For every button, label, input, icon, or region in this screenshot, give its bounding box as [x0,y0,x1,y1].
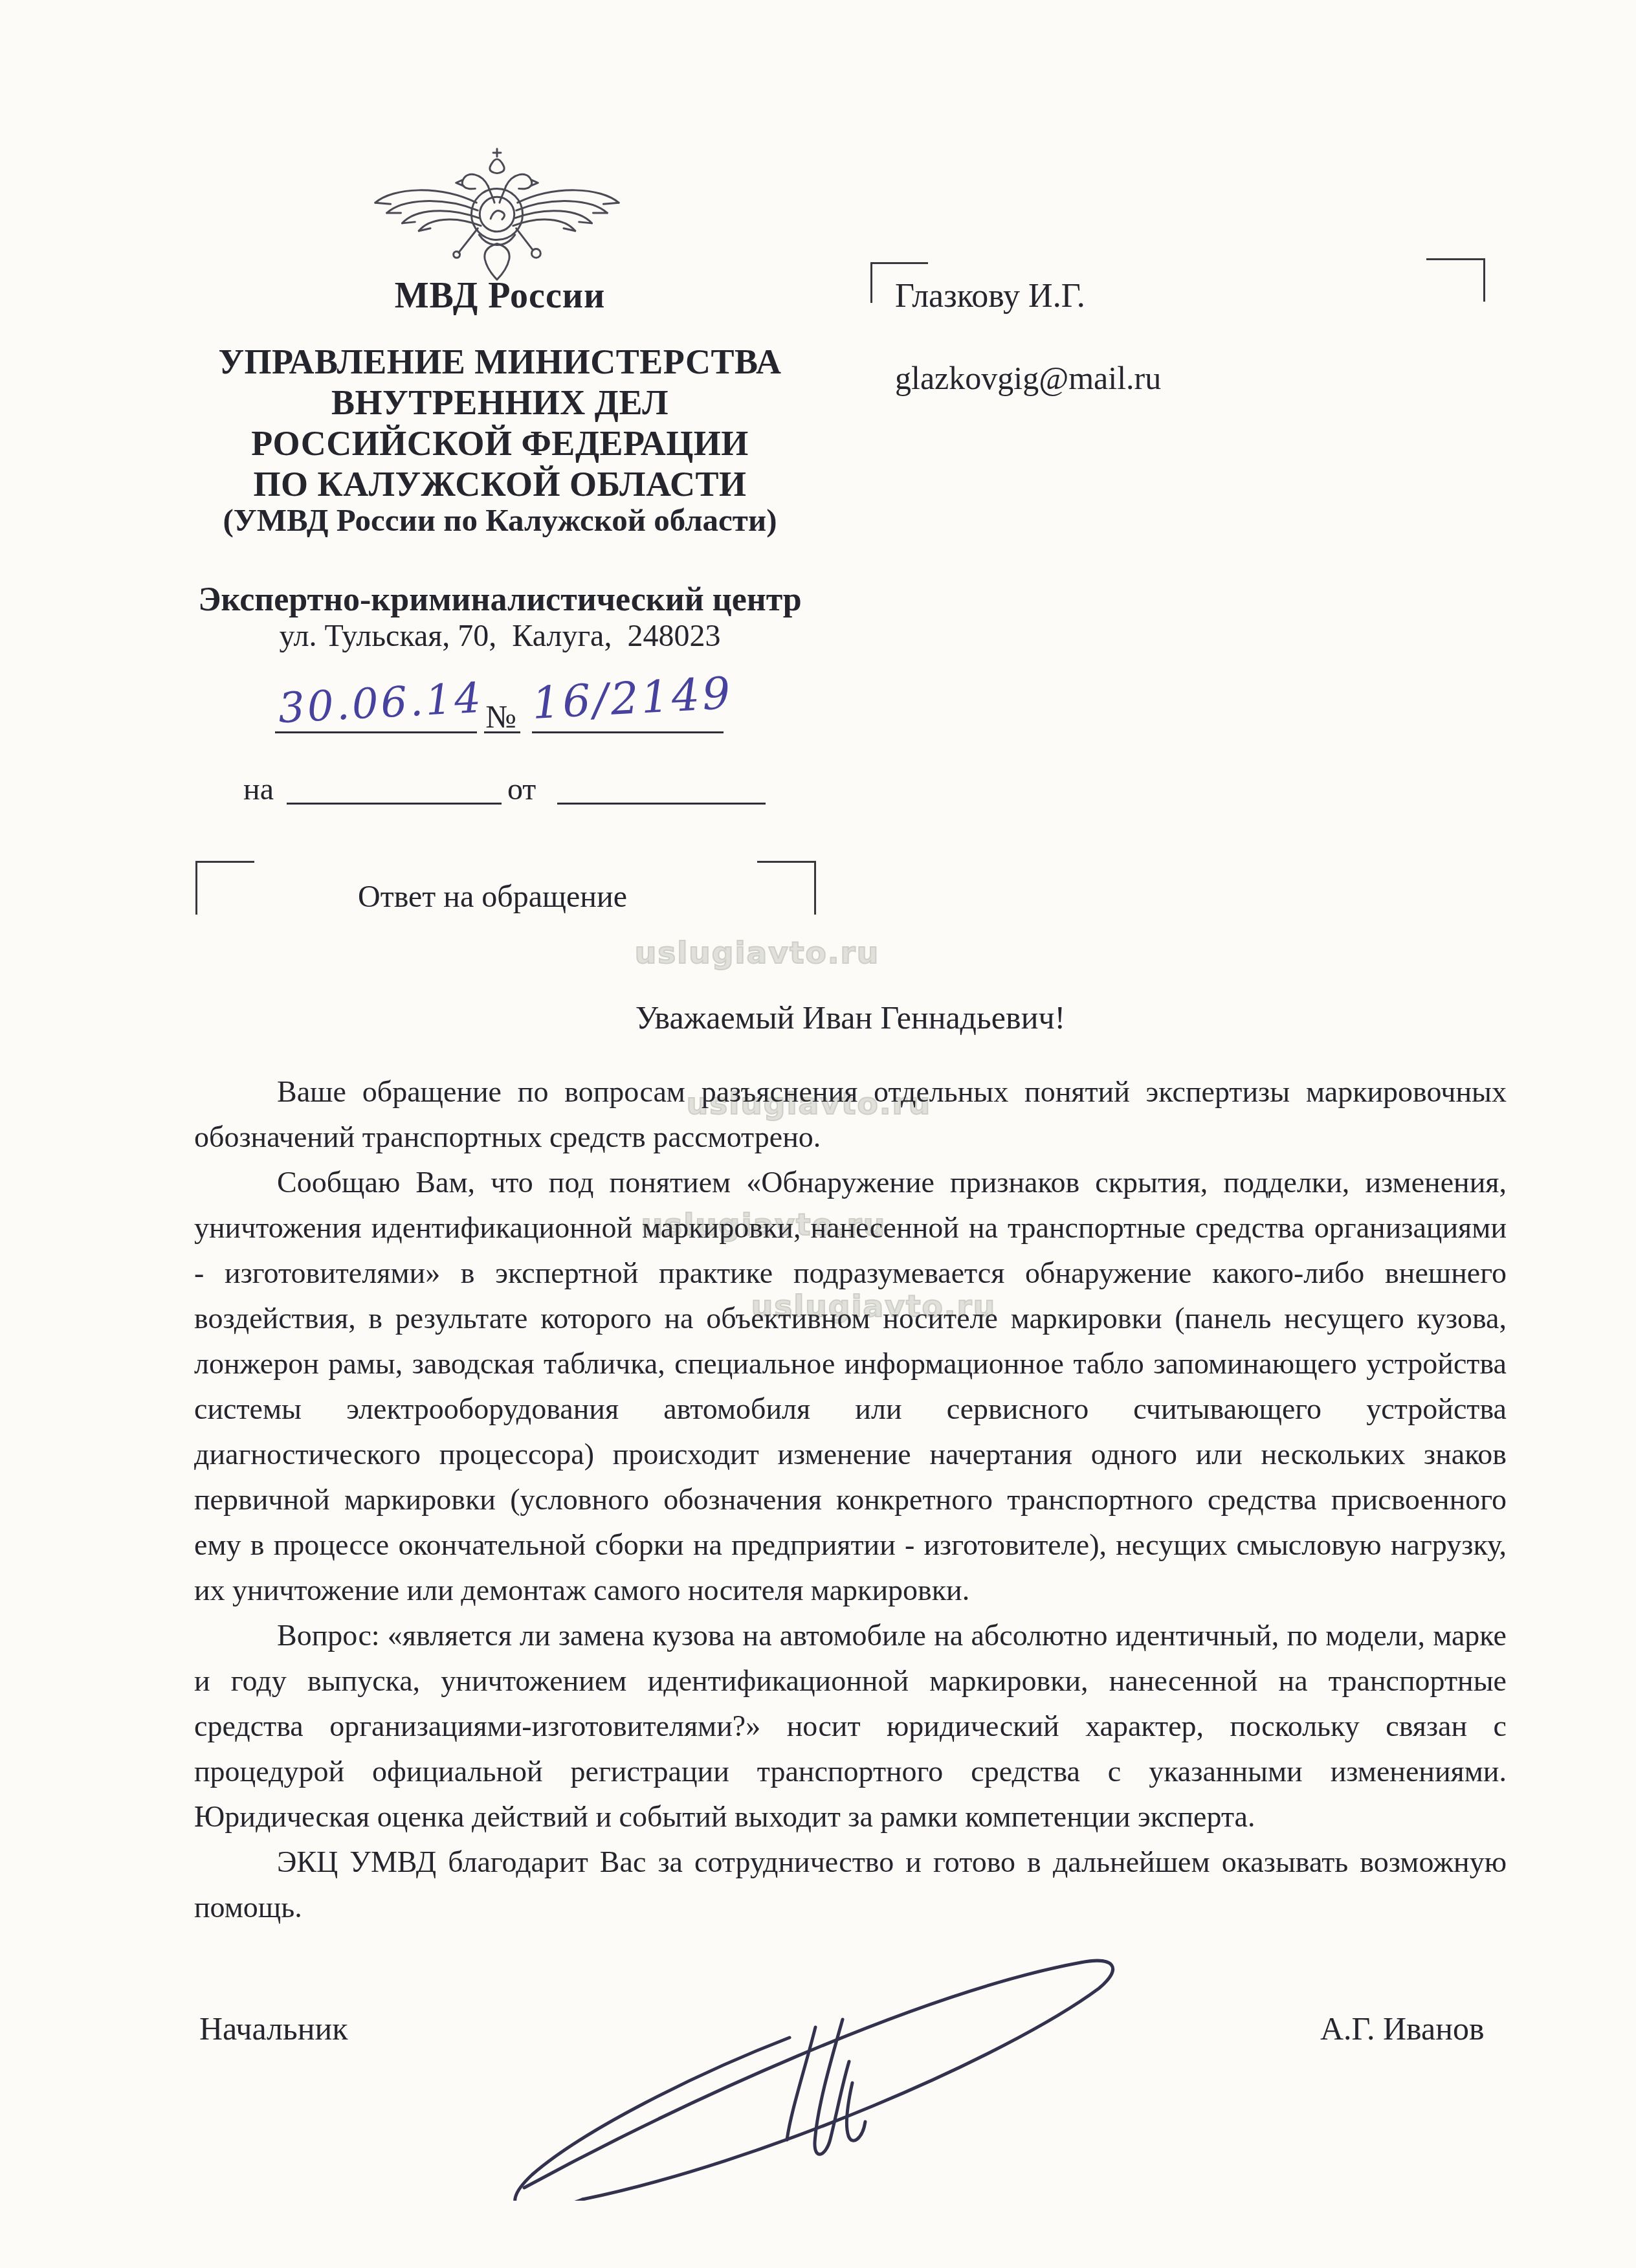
recipient-corner-bracket-right [1426,258,1485,302]
org-name-line: ВНУТРЕННИХ ДЕЛ [162,383,838,423]
org-abbreviation: (УМВД России по Калужской области) [162,502,838,539]
signature-scrawl [427,1916,1165,2201]
signoff-title: Начальник [199,2010,348,2047]
salutation: Уважаемый Иван Геннадьевич! [194,999,1507,1036]
mvd-double-headed-eagle-emblem [369,146,625,282]
subject-corner-bracket-right [757,861,816,915]
org-name-block: УПРАВЛЕНИЕ МИНИСТЕРСТВА ВНУТРЕННИХ ДЕЛ Р… [162,342,838,505]
ref-date-handwritten: 30.06.14 [277,674,484,733]
ref-date-underline [275,731,477,733]
org-name-line: РОССИЙСКОЙ ФЕДЕРАЦИИ [162,423,838,464]
org-name-line: УПРАВЛЕНИЕ МИНИСТЕРСТВА [162,342,838,383]
reply-to-on-label: на [243,772,274,807]
body-paragraph: Сообщаю Вам, что под понятием «Обнаружен… [194,1160,1507,1613]
org-address: ул. Тульская, 70, Калуга, 248023 [162,618,838,654]
ref-number-sign: № [485,698,516,735]
ref-sign-underline [484,731,520,733]
letter-body: Ваше обращение по вопросам разъяснения о… [194,1069,1507,1930]
body-paragraph: Вопрос: «является ли замена кузова на ав… [194,1613,1507,1840]
watermark: uslugiavto.ru [635,935,879,971]
scanned-letter-page: uslugiavto.ru uslugiavto.ru uslugiavto.r… [0,0,1636,2268]
org-name-line: ПО КАЛУЖСКОЙ ОБЛАСТИ [162,464,838,505]
subject-line: Ответ на обращение [358,879,627,915]
ministry-name: МВД России [162,275,838,317]
subject-corner-bracket-left [195,861,254,915]
body-paragraph: Ваше обращение по вопросам разъяснения о… [194,1069,1507,1160]
division-name: Экспертно-криминалистический центр [136,581,864,619]
reply-to-from-label: от [507,772,536,807]
ref-number-handwritten: 16/2149 [531,668,734,729]
reply-to-date-blank [557,803,766,805]
ref-number-underline [532,731,724,733]
signoff-name: А.Г. Иванов [1320,2010,1485,2047]
reply-to-number-blank [287,803,502,805]
recipient-email: glazkovgig@mail.ru [895,359,1161,397]
recipient-name: Глазкову И.Г. [895,277,1085,315]
